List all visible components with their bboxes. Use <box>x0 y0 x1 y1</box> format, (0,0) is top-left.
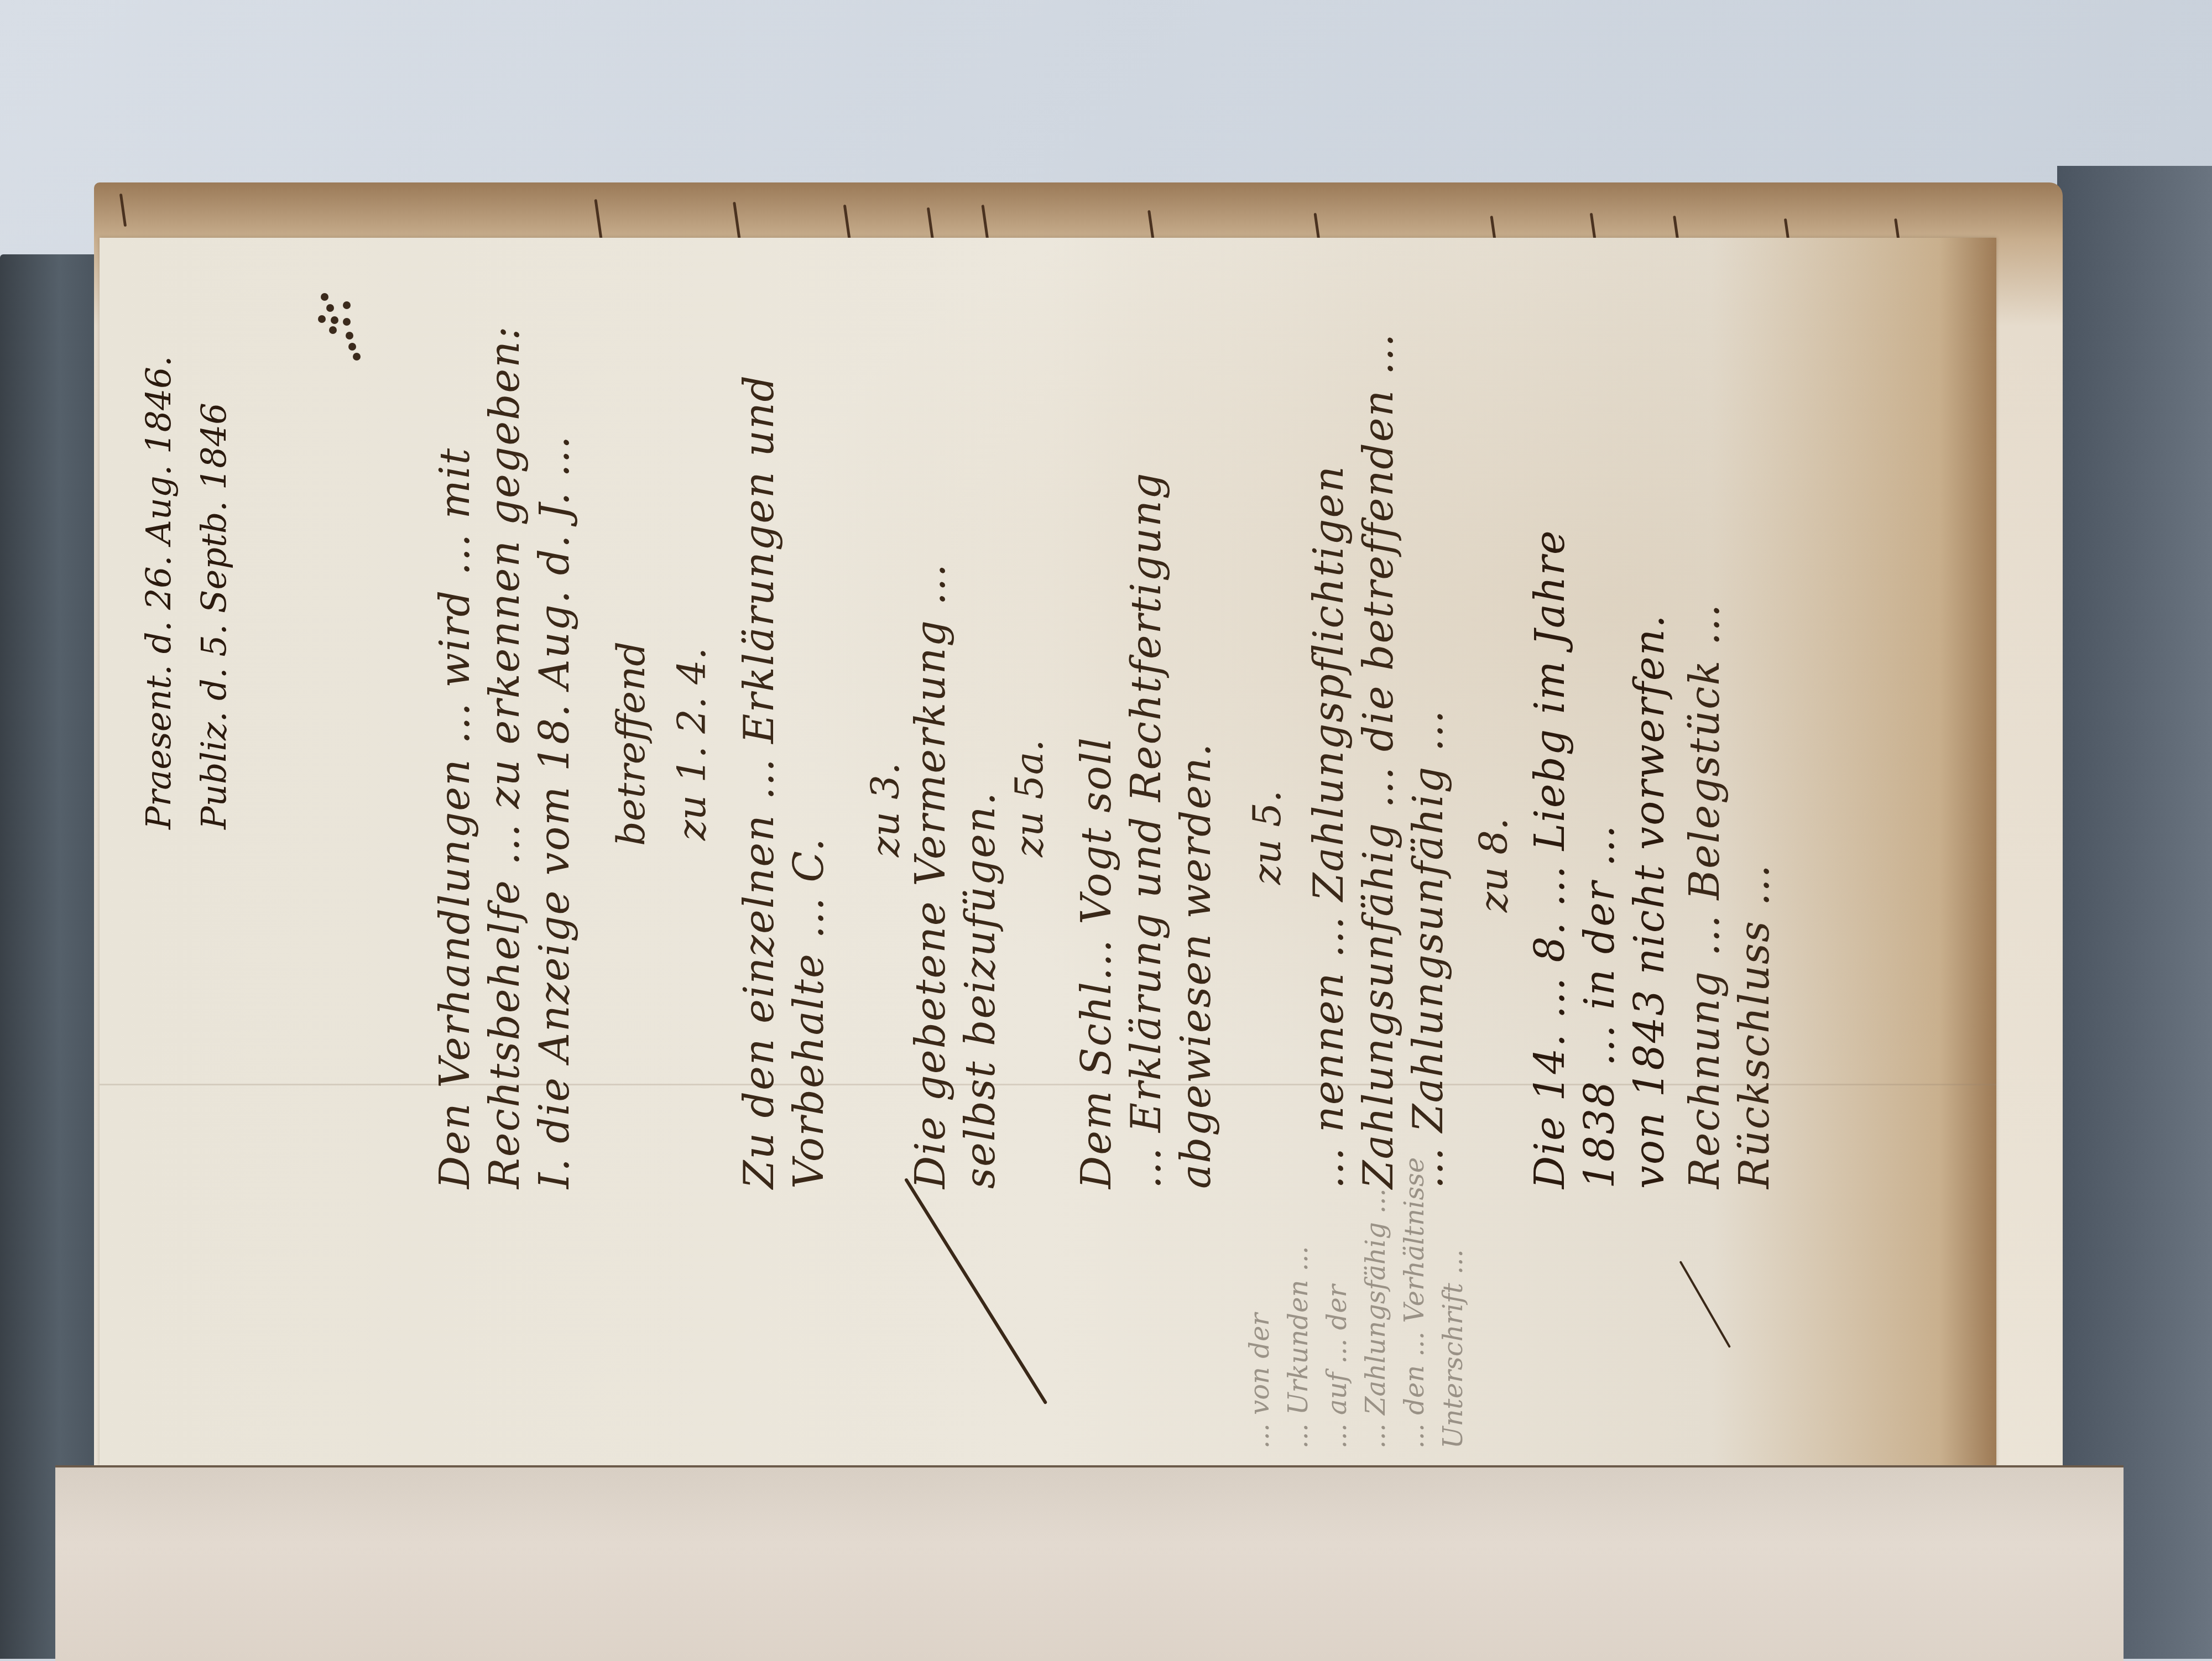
body-line: Vorbehalte ... C. <box>785 837 833 1189</box>
body-line: Die 14. ... 8. ... Liebg im Jahre <box>1526 529 1574 1189</box>
body-line: ... nennen ... Zahlungspflichtigen <box>1305 465 1353 1189</box>
body-line: ... Erklärung und Rechtfertigung <box>1123 472 1170 1189</box>
section-heading: zu 1. 2. 4. <box>669 647 714 840</box>
body-line: ... Zahlungsunfähig ... <box>1405 709 1452 1189</box>
received-date: Praesent. d. 26. Aug. 1846. <box>138 356 179 830</box>
body-line: 1838 ... in der ... <box>1576 824 1624 1189</box>
body-line: Zu den einzelnen ... Erklärungen und <box>735 374 783 1189</box>
section-heading: zu 3. <box>863 762 908 857</box>
pencil-margin-note: ... Urkunden ... <box>1283 1246 1314 1449</box>
body-line: selbst beizufügen. <box>957 791 1004 1189</box>
book-cover-left <box>0 254 100 1659</box>
body-line: Rechnung ... Belegstück ... <box>1681 603 1729 1189</box>
pencil-margin-note: ... den ... Verhältnisse <box>1399 1157 1430 1449</box>
published-date: Publiz. d. 5. Septb. 1846 <box>194 403 234 829</box>
pencil-margin-note: ... Zahlungsfähig ... <box>1360 1188 1391 1449</box>
pencil-margin-note: ... auf ... der <box>1322 1284 1353 1449</box>
body-line: abgewiesen werden. <box>1172 743 1220 1189</box>
ink-dot-mark <box>310 293 359 359</box>
body-line: von 1843 nicht vorwerfen. <box>1626 614 1673 1189</box>
body-line: Zahlungsunfähig ... die betreffenden ... <box>1355 333 1402 1189</box>
book-cover-right <box>2057 166 2212 1659</box>
section-heading: zu 5. <box>1244 790 1290 885</box>
photo-background: Praesent. d. 26. Aug. 1846. Publiz. d. 5… <box>0 0 2212 1659</box>
body-line: Die gebetene Vermerkung ... <box>907 563 954 1189</box>
section-heading: zu 8. <box>1471 818 1516 912</box>
pencil-margin-note: Unterschrift ... <box>1438 1249 1469 1449</box>
body-line: Rückschluss ... <box>1731 864 1778 1189</box>
section-heading: betreffend <box>608 641 654 846</box>
facing-page <box>55 1465 2124 1659</box>
section-heading: zu 5a. <box>1006 739 1052 857</box>
pencil-margin-note: ... von der <box>1244 1313 1275 1449</box>
body-line: Dem Schl... Vogt soll <box>1073 737 1120 1189</box>
body-line: I. die Anzeige vom 18. Aug. d. J. ... <box>531 435 578 1189</box>
body-line: Rechtsbehelfe ... zu erkennen gegeben: <box>481 325 529 1189</box>
body-line: Den Verhandlungen ... wird ... mit <box>431 447 479 1189</box>
